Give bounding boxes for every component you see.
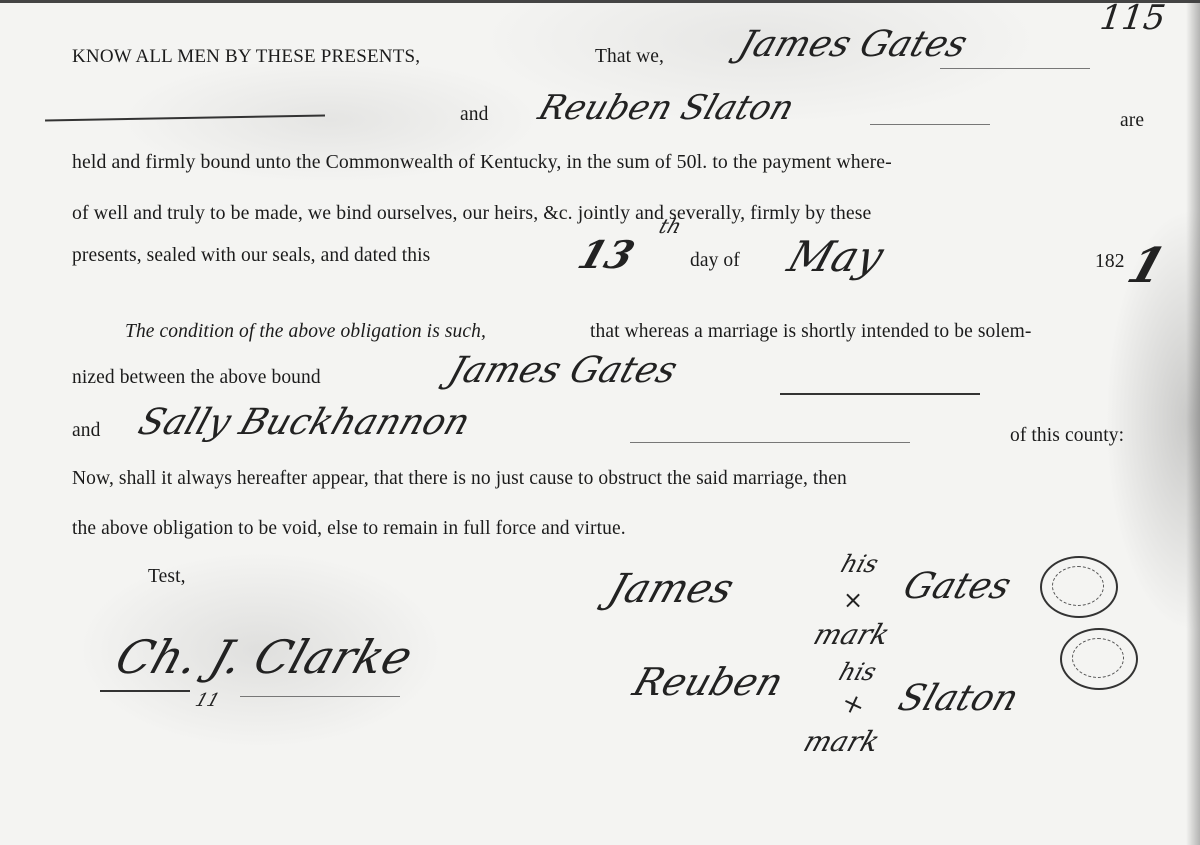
witness-signature: Ch. J. Clarke: [109, 630, 419, 684]
text-nized-between: nized between the above bound: [72, 367, 321, 389]
top-border: [0, 0, 1200, 3]
signature-underline: [100, 690, 190, 692]
text-of-this-county: of this county:: [1010, 425, 1124, 447]
seal-2: [1060, 628, 1138, 690]
witness-mark: 11: [193, 690, 223, 711]
text-are: are: [1120, 110, 1144, 132]
signature-underline: [240, 696, 400, 697]
text-obligation-void: the above obligation to be void, else to…: [72, 518, 626, 540]
text-that-we: That we,: [595, 46, 664, 68]
page-number: 115: [1094, 0, 1172, 38]
signature-2-mark: mark: [800, 725, 884, 758]
signature-2-last: Slaton: [893, 678, 1023, 719]
handwritten-month: May: [782, 232, 890, 281]
text-and-bride: and: [72, 420, 100, 442]
heading-know-all-men: KNOW ALL MEN BY THESE PRESENTS,: [72, 46, 420, 68]
handwritten-bride: Sally Buckhannon: [133, 402, 475, 443]
test-label: Test,: [148, 566, 186, 588]
text-well-and-truly: of well and truly to be made, we bind ou…: [72, 202, 871, 225]
handwritten-groom: James Gates: [443, 350, 682, 391]
signature-1-first: James: [603, 566, 740, 612]
blank-line: [780, 393, 980, 395]
text-bound-unto-commonwealth: held and firmly bound unto the Commonwea…: [72, 151, 892, 174]
signature-1-x-mark: ×: [843, 586, 863, 614]
text-and: and: [460, 104, 488, 126]
signature-2-x-mark: ×: [839, 687, 867, 720]
handwritten-principal-2: Reuben Slaton: [534, 88, 800, 128]
handwritten-year-digit: 1: [1121, 238, 1173, 294]
signature-1-his: his: [837, 550, 882, 578]
blank-line: [870, 124, 990, 125]
signature-1-mark: mark: [810, 618, 894, 651]
text-sealed-dated-this: presents, sealed with our seals, and dat…: [72, 245, 430, 267]
text-now-shall-it: Now, shall it always hereafter appear, t…: [72, 468, 847, 490]
blank-line: [45, 115, 325, 121]
handwritten-principal-1: James Gates: [733, 24, 972, 65]
text-day-of: day of: [690, 250, 740, 272]
document-page: 115 KNOW ALL MEN BY THESE PRESENTS, That…: [0, 0, 1200, 845]
handwritten-day: 13: [573, 232, 641, 277]
right-edge-shadow: [1186, 0, 1200, 845]
text-whereas-marriage: that whereas a marriage is shortly inten…: [590, 321, 1032, 343]
signature-2-first: Reuben: [628, 660, 789, 704]
signature-2-his: his: [835, 658, 880, 686]
signature-1-last: Gates: [898, 566, 1016, 607]
blank-line: [630, 442, 910, 443]
seal-1: [1040, 556, 1118, 618]
blank-line: [940, 68, 1090, 69]
text-year-prefix: 182: [1095, 251, 1125, 273]
text-condition-italic: The condition of the above obligation is…: [125, 321, 486, 343]
